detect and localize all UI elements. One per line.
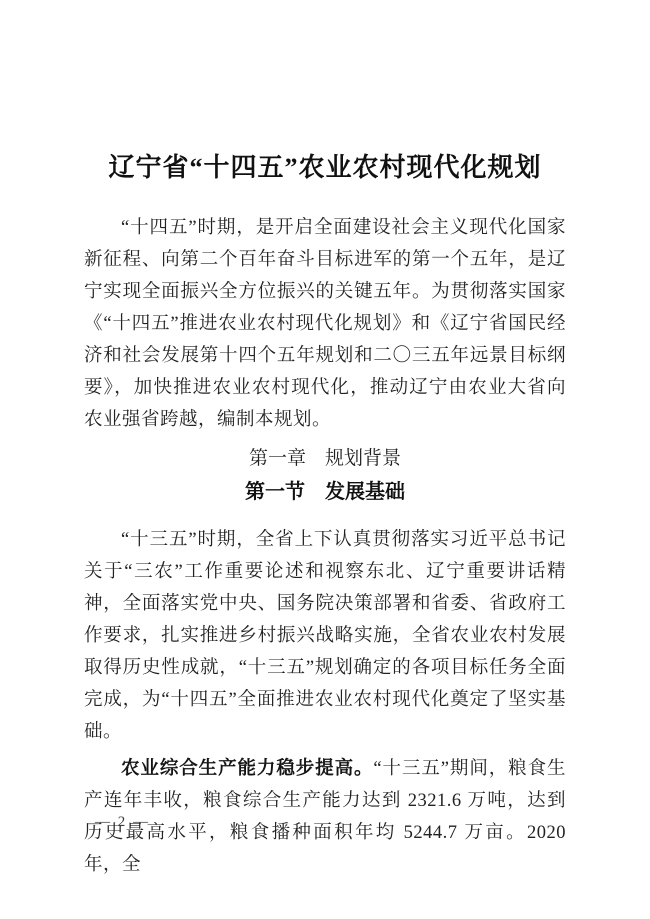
body-paragraph: 农业综合生产能力稳步提高。“十三五”期间，粮食生产连年丰收，粮食综合生产能力达到…: [84, 753, 566, 881]
paragraph-text: “十三五”时期，全省上下认真贯彻落实习近平总书记关于“三农”工作重要论述和视察东…: [84, 530, 566, 742]
chapter-heading: 第一章 规划背景: [84, 443, 566, 475]
intro-paragraph: “十四五”时期，是开启全面建设社会主义现代化国家新征程、向第二个百年奋斗目标进军…: [84, 212, 566, 436]
document-title: 辽宁省“十四五”农业农村现代化规划: [84, 148, 566, 188]
section-heading: 第一节 发展基础: [84, 476, 566, 508]
document-page: 辽宁省“十四五”农业农村现代化规划 “十四五”时期，是开启全面建设社会主义现代化…: [0, 0, 650, 919]
paragraph-lead: 农业综合生产能力稳步提高。: [121, 759, 373, 779]
body-paragraph: “十三五”时期，全省上下认真贯彻落实习近平总书记关于“三农”工作重要论述和视察东…: [84, 524, 566, 748]
page-number: — 2 —: [95, 812, 150, 832]
